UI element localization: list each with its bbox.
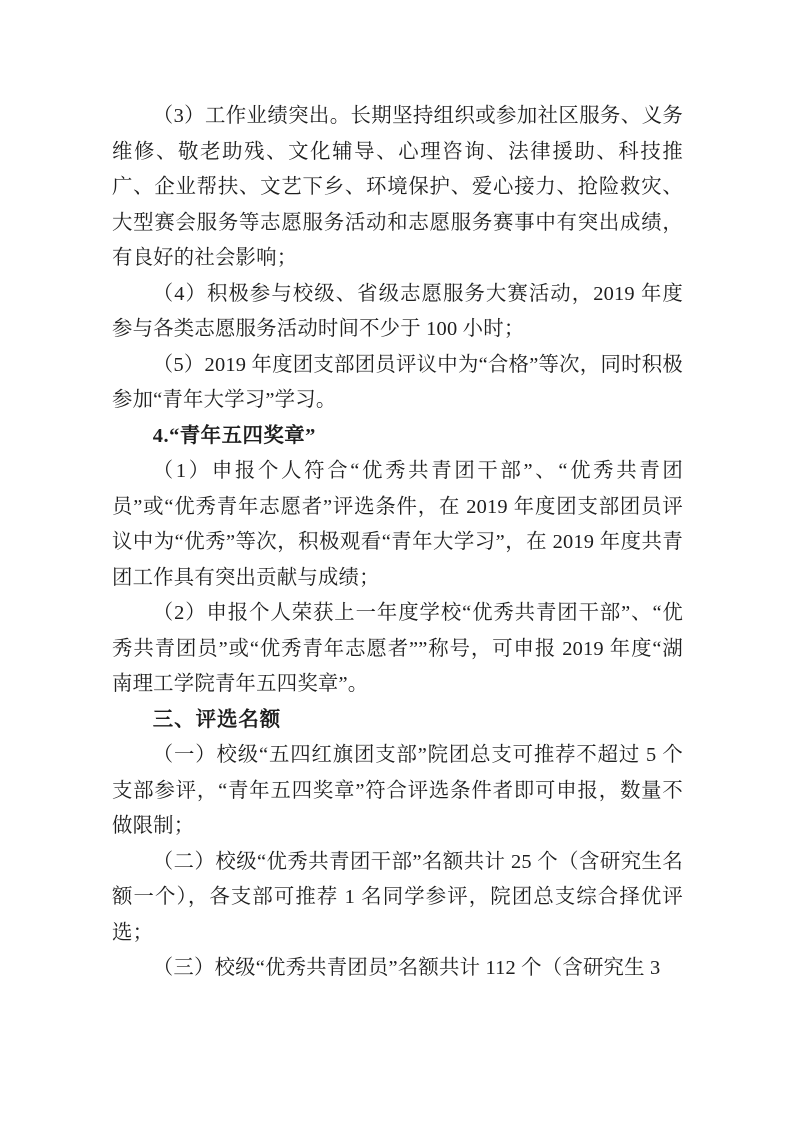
subheading-youth-may-fourth-medal: 4.“青年五四奖章” [112,419,683,455]
paragraph-medal-criteria-2: （2）申报个人荣获上一年度学校“优秀共青团干部”、“优秀共青团员”或“优秀青年志… [112,596,683,703]
document-page: （3）工作业绩突出。长期坚持组织或参加社区服务、义务维修、敬老助残、文化辅导、心… [0,0,794,1122]
section-heading-selection-quota: 三、评选名额 [112,703,683,739]
paragraph-member-review-clause-5: （5）2019 年度团支部团员评议中为“合格”等次，同时积极参加“青年大学习”学… [112,348,683,419]
paragraph-work-achievements-clause-3: （3）工作业绩突出。长期坚持组织或参加社区服务、义务维修、敬老助残、文化辅导、心… [112,99,683,277]
paragraph-quota-item-2: （二）校级“优秀共青团干部”名额共计 25 个（含研究生名额一个），各支部可推荐… [112,845,683,952]
document-body: （3）工作业绩突出。长期坚持组织或参加社区服务、义务维修、敬老助残、文化辅导、心… [112,99,683,987]
paragraph-medal-criteria-1: （1）申报个人符合“优秀共青团干部”、“优秀共青团员”或“优秀青年志愿者”评选条… [112,454,683,596]
paragraph-volunteer-hours-clause-4: （4）积极参与校级、省级志愿服务大赛活动，2019 年度参与各类志愿服务活动时间… [112,277,683,348]
paragraph-quota-item-1: （一）校级“五四红旗团支部”院团总支可推荐不超过 5 个支部参评，“青年五四奖章… [112,738,683,845]
paragraph-quota-item-3: （三）校级“优秀共青团员”名额共计 112 个（含研究生 3 [112,951,683,987]
